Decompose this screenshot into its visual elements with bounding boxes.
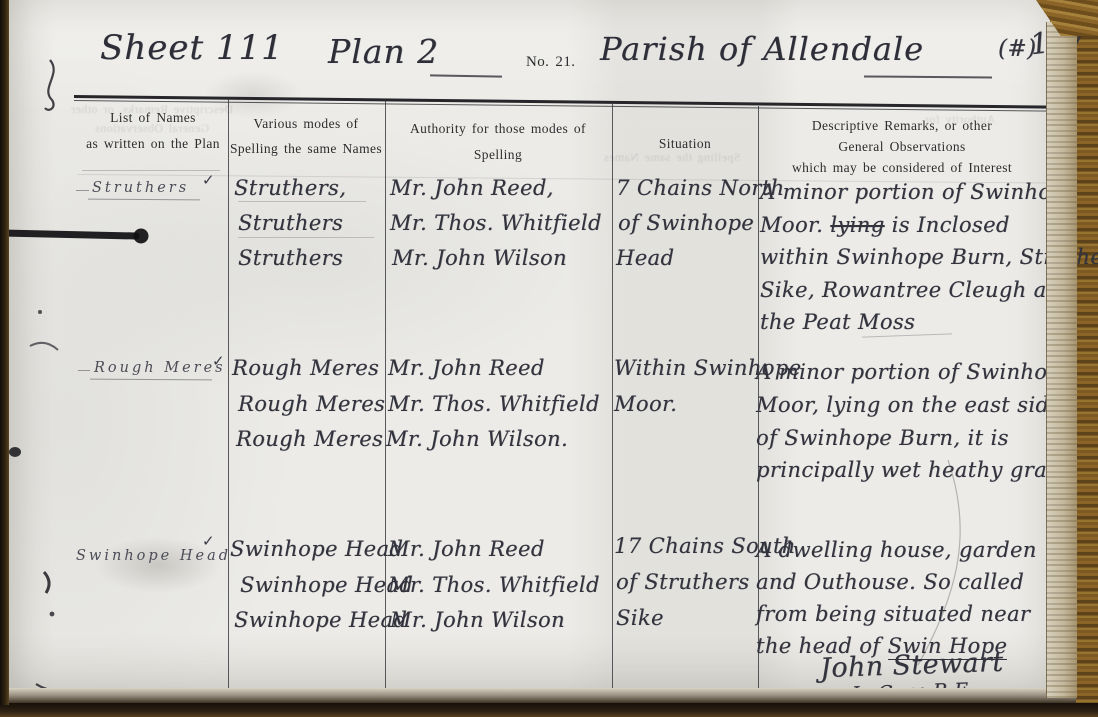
- spelling-entry: Struthers: [238, 211, 343, 235]
- page-stack-edge-right: [1046, 22, 1077, 698]
- situation-line: of Struthers: [616, 570, 750, 594]
- col-header-remarks-line3: which may be considered of Interest: [792, 160, 1012, 176]
- header-underline-col1: [82, 170, 220, 171]
- authority-entry: Mr. John Wilson.: [386, 427, 568, 451]
- name-leader-dash: [76, 190, 89, 191]
- remarks-line: A minor portion of Swinhope: [760, 180, 1078, 204]
- spelling-entry: Struthers: [238, 246, 343, 270]
- remarks-line: Moor. lying is Inclosed: [760, 213, 1010, 237]
- remarks-line: of Swinhope Burn, it is: [756, 426, 1009, 450]
- checkmark: ✓: [202, 171, 215, 190]
- remarks-line: A minor portion of Swinhope: [756, 360, 1074, 384]
- col-header-authority-line2: Spelling: [474, 147, 522, 163]
- situation-line: Moor.: [614, 392, 677, 416]
- checkmark: ✓: [202, 532, 215, 551]
- col-header-remarks-line2: General Observations: [838, 139, 965, 155]
- col-header-spelling-line1: Various modes of: [254, 116, 359, 132]
- authority-entry: Mr. John Reed: [388, 356, 545, 380]
- binding-edge-strip: [0, 0, 9, 705]
- sheet-number-handwritten: Sheet 111: [100, 28, 284, 68]
- spelling-entry: Swinhope Head: [230, 537, 403, 561]
- remarks-line: from being situated near: [756, 602, 1030, 626]
- authority-entry: Mr. John Reed: [388, 537, 545, 561]
- remarks-text: is Inclosed: [885, 213, 1010, 237]
- authority-entry: Mr. Thos. Whitfield: [388, 392, 600, 416]
- column-divider-3: [612, 104, 613, 694]
- remarks-line: Sike, Rowantree Cleugh and: [760, 278, 1074, 302]
- ledger-page-photograph: Sheet 111 Plan 2 No. 21. Parish of Allen…: [0, 0, 1098, 717]
- col-header-situation: Situation: [659, 136, 711, 152]
- name-on-plan: Rough Meres: [94, 360, 226, 376]
- col-header-names-line2: as written on the Plan: [86, 136, 220, 152]
- col-header-spelling-line2: Spelling the same Names: [230, 141, 382, 157]
- spelling-underline: [238, 237, 374, 238]
- spelling-entry: Rough Meres: [236, 427, 383, 451]
- spelling-entry: Rough Meres: [238, 392, 385, 416]
- surveyor-signature: John Stewart: [820, 647, 1005, 684]
- spelling-underline: [238, 201, 366, 202]
- col-header-remarks-line1: Descriptive Remarks, or other: [812, 118, 992, 134]
- plan-number-handwritten: Plan 2: [328, 32, 439, 71]
- remarks-line: principally wet heathy grass.: [756, 458, 1076, 482]
- name-on-plan: Struthers: [92, 180, 189, 196]
- situation-line: Head: [616, 246, 674, 270]
- situation-line: of Swinhope: [618, 211, 754, 235]
- remarks-text: Moor.: [760, 213, 830, 237]
- shadow-band-bottom: [0, 703, 1098, 717]
- struck-out-word: lying: [830, 213, 884, 237]
- remarks-line: A dwelling house, garden: [756, 538, 1037, 562]
- bleed-through-text: Spelling the same Names: [604, 150, 741, 165]
- authority-entry: Mr. John Wilson: [390, 608, 565, 632]
- remarks-line: Moor, lying on the east side: [756, 393, 1062, 417]
- spelling-entry: Struthers,: [234, 176, 346, 200]
- spelling-entry: Swinhope Head: [234, 608, 407, 632]
- remarks-line: and Outhouse. So called: [756, 570, 1024, 594]
- authority-entry: Mr. John Wilson: [392, 246, 567, 270]
- authority-entry: Mr. Thos. Whitfield: [388, 573, 600, 597]
- remarks-line: the Peat Moss: [760, 310, 915, 334]
- spelling-entry: Rough Meres: [232, 356, 379, 380]
- authority-entry: Mr. Thos. Whitfield: [390, 211, 602, 235]
- form-number-printed: No. 21.: [526, 54, 575, 71]
- parish-name-handwritten: Parish of Allendale: [600, 30, 924, 68]
- col-header-authority-line1: Authority for those modes of: [410, 121, 586, 137]
- name-leader-dash: [78, 370, 90, 371]
- col-header-names-line1: List of Names: [110, 110, 196, 126]
- situation-line: Sike: [616, 606, 664, 630]
- column-divider-1: [228, 99, 229, 693]
- authority-entry: Mr. John Reed,: [390, 176, 554, 200]
- checkmark: ✓: [212, 352, 225, 371]
